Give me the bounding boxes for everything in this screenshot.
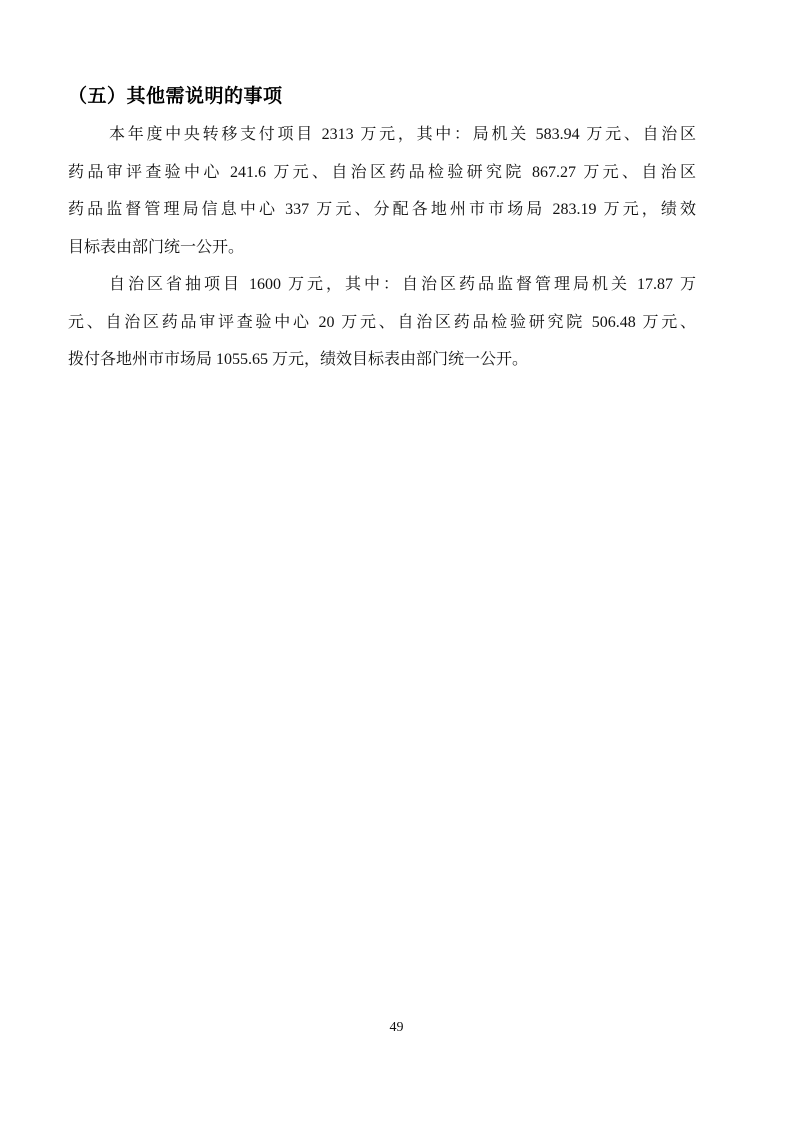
text-line: 药品审评查验中心 241.6 万元、自治区药品检验研究院 867.27 万元、自… xyxy=(68,154,696,192)
text-line: 元、自治区药品审评查验中心 20 万元、自治区药品检验研究院 506.48 万元… xyxy=(68,304,696,342)
text-line: 自治区省抽项目 1600 万元，其中：自治区药品监督管理局机关 17.87 万 xyxy=(68,266,696,304)
section-heading: （五）其他需说明的事项 xyxy=(68,84,708,110)
text-line: 目标表由部门统一公开。 xyxy=(68,229,696,267)
text-line: 药品监督管理局信息中心 337 万元、分配各地州市市场局 283.19 万元，绩… xyxy=(68,191,696,229)
document-body: 本年度中央转移支付项目 2313 万元，其中：局机关 583.94 万元、自治区… xyxy=(68,116,696,379)
text-line: 拨付各地州市市场局 1055.65 万元，绩效目标表由部门统一公开。 xyxy=(68,341,696,379)
document-page: （五）其他需说明的事项 本年度中央转移支付项目 2313 万元，其中：局机关 5… xyxy=(0,0,793,1122)
page-number: 49 xyxy=(0,1020,793,1036)
text-line: 本年度中央转移支付项目 2313 万元，其中：局机关 583.94 万元、自治区 xyxy=(68,116,696,154)
paragraph-central-transfer: 本年度中央转移支付项目 2313 万元，其中：局机关 583.94 万元、自治区… xyxy=(68,116,696,266)
paragraph-provincial-sampling: 自治区省抽项目 1600 万元，其中：自治区药品监督管理局机关 17.87 万 … xyxy=(68,266,696,379)
